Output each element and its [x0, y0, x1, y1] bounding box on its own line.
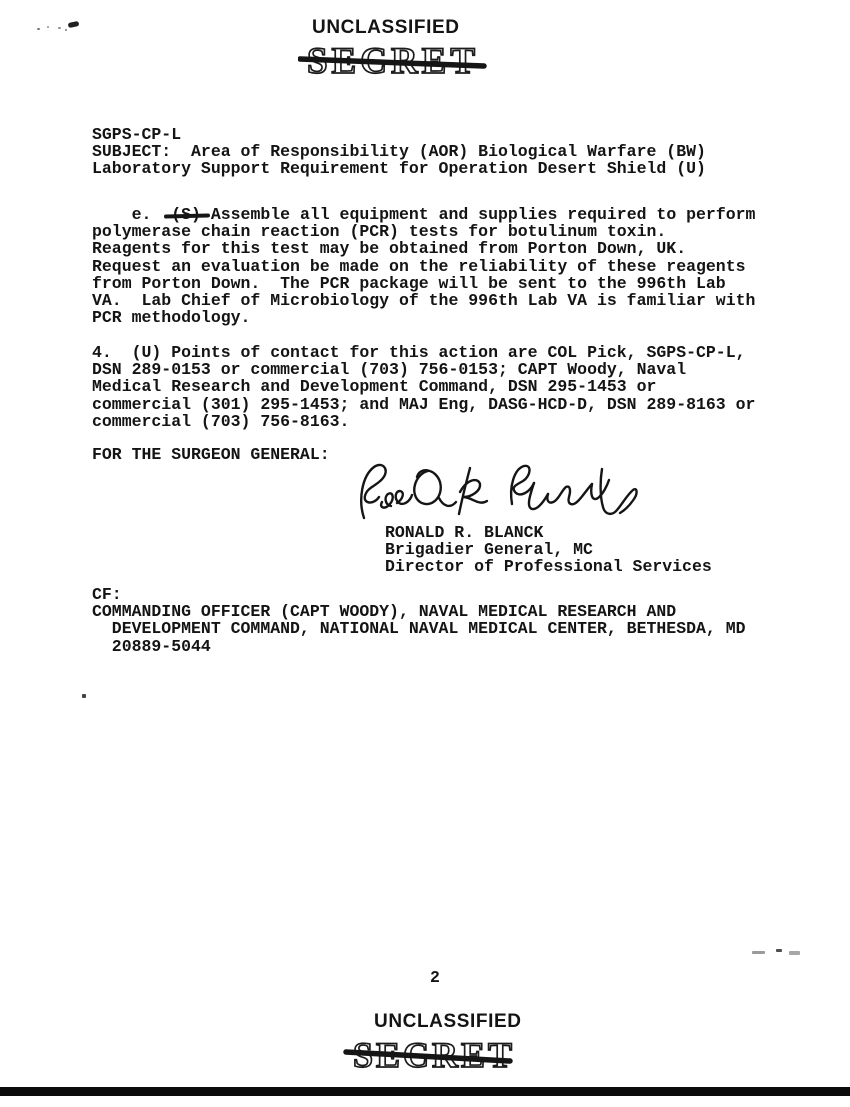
scan-speck	[82, 694, 86, 698]
paragraph-e-line: PCR methodology.	[92, 309, 755, 326]
paragraph-e-line: VA. Lab Chief of Microbiology of the 996…	[92, 292, 755, 309]
top-classification-banner: UNCLASSIFIED	[312, 17, 460, 39]
paragraph-e-line: Reagents for this test may be obtained f…	[92, 240, 755, 257]
paragraph-e-line: Request an evaluation be made on the rel…	[92, 258, 755, 275]
paragraph-4: 4. (U) Points of contact for this action…	[92, 344, 755, 430]
paragraph-e-line: from Porton Down. The PCR package will b…	[92, 275, 755, 292]
subject-line: SUBJECT: Area of Responsibility (AOR) Bi…	[92, 143, 706, 160]
secret-stamp-icon: SECRET	[342, 1034, 522, 1078]
office-symbol: SGPS-CP-L	[92, 126, 706, 143]
cf-line: DEVELOPMENT COMMAND, NATIONAL NAVAL MEDI…	[92, 620, 746, 637]
cf-line: COMMANDING OFFICER (CAPT WOODY), NAVAL M…	[92, 603, 746, 620]
paragraph-4-line: 4. (U) Points of contact for this action…	[92, 344, 755, 361]
cf-label: CF:	[92, 586, 746, 603]
paragraph-e-first-line: e. (S) Assemble all equipment and suppli…	[92, 206, 755, 223]
signer-name: RONALD R. BLANCK	[385, 524, 712, 541]
signer-rank: Brigadier General, MC	[385, 541, 712, 558]
paragraph-e: e. (S) Assemble all equipment and suppli…	[92, 206, 755, 326]
paragraph-e-lead-in: e.	[92, 205, 171, 224]
paragraph-4-line: commercial (703) 756-8163.	[92, 413, 755, 430]
signature-ink-icon	[348, 456, 648, 530]
letterhead-block: SGPS-CP-L SUBJECT: Area of Responsibilit…	[92, 126, 706, 178]
bottom-secret-stamp-struck: SECRET	[342, 1034, 522, 1083]
paragraph-4-line: commercial (301) 295-1453; and MAJ Eng, …	[92, 396, 755, 413]
scanned-memo-page: UNCLASSIFIED SECRET SGPS-CP-L SUBJECT: A…	[0, 0, 850, 1107]
paragraph-4-line: DSN 289-0153 or commercial (703) 756-015…	[92, 361, 755, 378]
page-number: 2	[430, 969, 440, 986]
classification-marking-struck: (S)	[171, 206, 201, 223]
signer-title: Director of Professional Services	[385, 558, 712, 575]
cf-line: 20889-5044	[92, 638, 746, 655]
paragraph-e-first-line-rest: Assemble all equipment and supplies requ…	[201, 205, 756, 224]
authority-line: FOR THE SURGEON GENERAL:	[92, 446, 330, 463]
secret-stamp-icon: SECRET	[298, 40, 488, 84]
top-secret-stamp-struck: SECRET	[298, 40, 488, 89]
paragraph-4-line: Medical Research and Development Command…	[92, 378, 755, 395]
cf-block: CF: COMMANDING OFFICER (CAPT WOODY), NAV…	[92, 586, 746, 655]
bottom-classification-banner: UNCLASSIFIED	[374, 1011, 522, 1033]
paragraph-e-line: polymerase chain reaction (PCR) tests fo…	[92, 223, 755, 240]
signature-block: RONALD R. BLANCK Brigadier General, MC D…	[385, 524, 712, 576]
scan-edge-bar	[0, 1087, 850, 1096]
subject-line: Laboratory Support Requirement for Opera…	[92, 160, 706, 177]
